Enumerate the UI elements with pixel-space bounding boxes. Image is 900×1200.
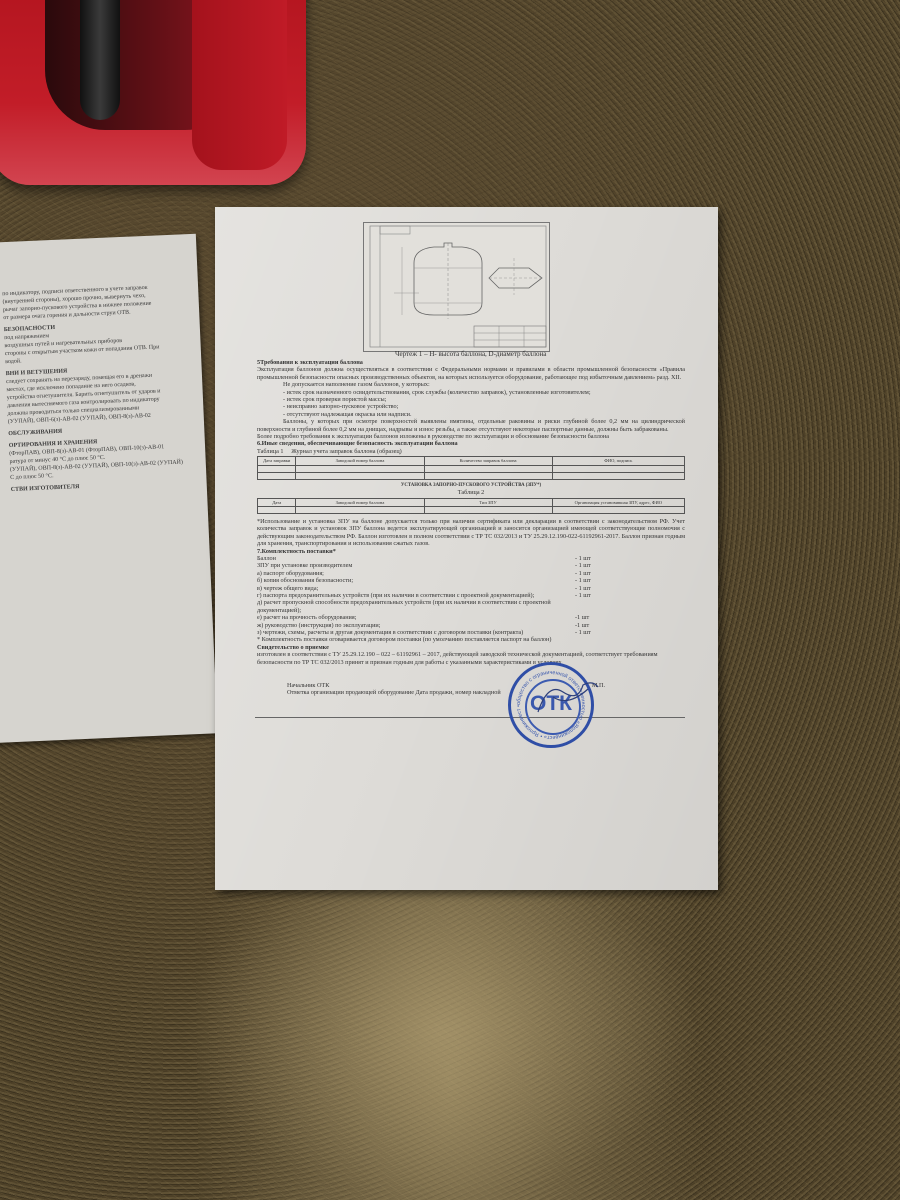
kit-item-qty: - 1 шт bbox=[575, 585, 605, 592]
technical-drawing bbox=[363, 222, 550, 352]
table1-caption: Таблица 1 Журнал учета заправок баллона … bbox=[257, 448, 685, 455]
table1-header: ФИО, подпись bbox=[552, 457, 684, 465]
main-document: Чертеж 1 – Н- высота баллона, D-диаметр … bbox=[215, 207, 718, 890]
kit-item-qty: -1 шт bbox=[575, 614, 605, 621]
kit-item-qty: - 1 шт bbox=[575, 592, 605, 599]
kit-item: д) расчет пропускной способности предохр… bbox=[257, 599, 685, 614]
kit-item-name: д) расчет пропускной способности предохр… bbox=[257, 599, 577, 614]
table2-header: Организация установившая ЗПУ, адрес, ФИО bbox=[552, 498, 684, 506]
kit-item-name: е) расчет на прочность оборудования; bbox=[257, 614, 356, 621]
not-allowed-item: - истек срок назначенного освидетельство… bbox=[257, 389, 685, 396]
not-allowed-item: - истек срок проверки пористой массы; bbox=[257, 396, 685, 403]
table2-zpu-installation: Дата Заводской номер баллона Тип ЗПУ Орг… bbox=[257, 498, 685, 514]
not-allowed-item: - неисправно запорно-пусковое устройство… bbox=[257, 403, 685, 410]
otk-head-label: Начальник ОТК bbox=[287, 682, 329, 689]
canister-handle bbox=[192, 0, 287, 170]
table2-header: Заводской номер баллона bbox=[296, 498, 424, 506]
acceptance-text: изготовлен в соответствии с ТУ 25.29.12.… bbox=[257, 651, 685, 666]
section5-intro: Эксплуатация баллонов должна осуществлят… bbox=[257, 366, 685, 381]
not-allowed-intro: Не допускается наполнение газом баллонов… bbox=[257, 381, 685, 388]
kit-note: * Комплектность поставки оговаривается д… bbox=[257, 636, 685, 643]
balloon-drawing-icon bbox=[364, 223, 549, 351]
kit-item: е) расчет на прочность оборудования;-1 ш… bbox=[257, 614, 685, 621]
left-document: по индикатору, подписи ответственного в … bbox=[0, 234, 218, 744]
otk-signature-row: Начальник ОТК М.П. bbox=[257, 682, 685, 689]
acceptance-title: Свидетельство о приемке bbox=[257, 644, 685, 651]
kit-item: б) копия обоснования безопасности;- 1 шт bbox=[257, 577, 685, 584]
not-allowed-item: - отсутствуют надлежащая окраска или над… bbox=[257, 411, 685, 418]
kit-item-name: а) паспорт оборудования; bbox=[257, 570, 324, 577]
table1-title: Журнал учета заправок баллона (образец) bbox=[291, 448, 402, 455]
kit-item-name: Баллон bbox=[257, 555, 276, 562]
kit-list: Баллон- 1 штЗПУ при установке производит… bbox=[257, 555, 685, 636]
kit-item-qty: -1 шт bbox=[575, 622, 605, 629]
table1-label: Таблица 1 bbox=[257, 448, 283, 455]
signature-icon bbox=[533, 677, 603, 717]
kit-item-qty: - 1 шт bbox=[575, 577, 605, 584]
section5-title: 5Требования к эксплуатации баллона bbox=[257, 359, 685, 366]
kit-item: в) чертеж общего вида;- 1 шт bbox=[257, 585, 685, 592]
table1-header: Количество заправок баллона bbox=[424, 457, 552, 465]
signature-line bbox=[255, 717, 685, 718]
seller-mark: Отметка организации продающей оборудован… bbox=[257, 689, 685, 696]
canister-hose bbox=[80, 0, 120, 120]
red-canister bbox=[0, 0, 306, 185]
zpu-title: УСТАНОВКА ЗАПОРНО-ПУСКОВОГО УСТРОЙСТВА (… bbox=[257, 482, 685, 489]
kit-item-qty bbox=[577, 599, 605, 614]
kit-item-name: г) паспорта предохранительных устройств … bbox=[257, 592, 534, 599]
kit-item: ЗПУ при установке производителем- 1 шт bbox=[257, 562, 685, 569]
kit-item-qty: - 1 шт bbox=[575, 562, 605, 569]
section7-title: 7.Комплектность поставки* bbox=[257, 548, 685, 555]
table2-header: Тип ЗПУ bbox=[424, 498, 552, 506]
more-details: Более подробно требования к эксплуатации… bbox=[257, 433, 685, 440]
table2-label: Таблица 2 bbox=[257, 489, 685, 496]
table1-header: Дата заправки bbox=[258, 457, 296, 465]
table1-header: Заводской номер баллона bbox=[296, 457, 424, 465]
kit-item-name: в) чертеж общего вида; bbox=[257, 585, 318, 592]
kit-item-qty: - 1 шт bbox=[575, 555, 605, 562]
drawing-caption: Чертеж 1 – Н- высота баллона, D-диаметр … bbox=[395, 350, 546, 358]
kit-item: г) паспорта предохранительных устройств … bbox=[257, 592, 685, 599]
kit-item-name: ж) руководство (инструкция) по эксплуата… bbox=[257, 622, 380, 629]
table1-fill-log: Дата заправки Заводской номер баллона Ко… bbox=[257, 456, 685, 479]
kit-item-name: б) копия обоснования безопасности; bbox=[257, 577, 353, 584]
kit-item: з) чертежи, схемы, расчеты и другая доку… bbox=[257, 629, 685, 636]
zpu-note: *Использование и установка ЗПУ на баллон… bbox=[257, 518, 685, 548]
kit-item: ж) руководство (инструкция) по эксплуата… bbox=[257, 622, 685, 629]
section6-title: 6.Иные сведения, обеспечивающие безопасн… bbox=[257, 440, 685, 447]
kit-item-qty: - 1 шт bbox=[575, 629, 605, 636]
kit-item: а) паспорт оборудования;- 1 шт bbox=[257, 570, 685, 577]
table2-header: Дата bbox=[258, 498, 296, 506]
kit-item-name: ЗПУ при установке производителем bbox=[257, 562, 352, 569]
document-body: 5Требования к эксплуатации баллона Экспл… bbox=[257, 359, 685, 697]
reject-text: Баллоны, у которых при осмотре поверхнос… bbox=[257, 418, 685, 433]
kit-item: Баллон- 1 шт bbox=[257, 555, 685, 562]
kit-item-qty: - 1 шт bbox=[575, 570, 605, 577]
light-reflection bbox=[180, 860, 700, 1200]
kit-item-name: з) чертежи, схемы, расчеты и другая доку… bbox=[257, 629, 523, 636]
